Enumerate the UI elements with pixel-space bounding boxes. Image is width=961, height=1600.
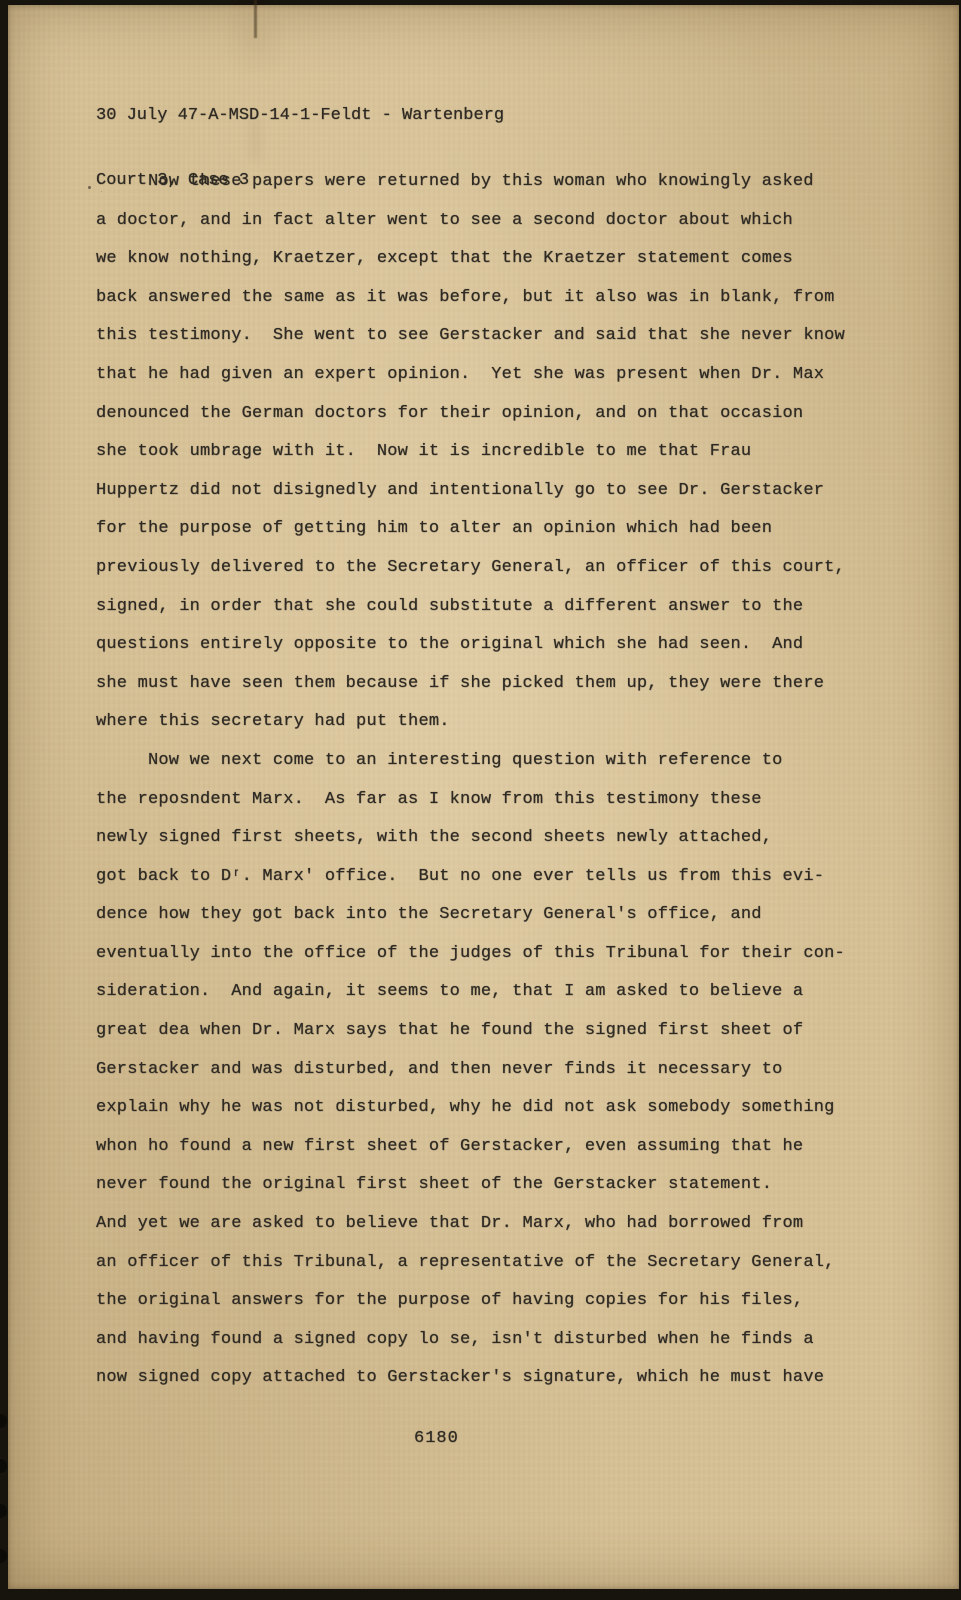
text-line: explain why he was not disturbed, why he… (96, 1089, 886, 1128)
text-line: back answered the same as it was before,… (96, 279, 886, 318)
header-case-reference: 30 July 47-A-MSD-14-1-Feldt - Wartenberg (96, 105, 504, 127)
text-line: that he had given an expert opinion. Yet… (96, 356, 886, 395)
text-line: newly signed first sheets, with the seco… (96, 819, 886, 858)
text-line: this testimony. She went to see Gerstack… (96, 317, 886, 356)
text-line: dence how they got back into the Secreta… (96, 896, 886, 935)
text-line: denounced the German doctors for their o… (96, 395, 886, 434)
paragraph: Now we next come to an interesting quest… (96, 742, 886, 1398)
ink-speck (88, 186, 91, 189)
text-line: now signed copy attached to Gerstacker's… (96, 1359, 886, 1398)
text-line: Now these papers were returned by this w… (96, 163, 886, 202)
text-line: And yet we are asked to believe that Dr.… (96, 1205, 886, 1244)
text-line: she took umbrage with it. Now it is incr… (96, 433, 886, 472)
text-line: an officer of this Tribunal, a represent… (96, 1244, 886, 1283)
text-line: for the purpose of getting him to alter … (96, 510, 886, 549)
text-line: Now we next come to an interesting quest… (96, 742, 886, 781)
text-line: we know nothing, Kraetzer, except that t… (96, 240, 886, 279)
text-line: previously delivered to the Secretary Ge… (96, 549, 886, 588)
text-line: questions entirely opposite to the origi… (96, 626, 886, 665)
typewritten-text-layer: 30 July 47-A-MSD-14-1-Feldt - Wartenberg… (0, 0, 961, 1600)
text-line: where this secretary had put them. (96, 703, 886, 742)
text-line: whon ho found a new first sheet of Gerst… (96, 1128, 886, 1167)
text-line: eventually into the office of the judges… (96, 935, 886, 974)
page-number: 6180 (414, 1428, 459, 1450)
text-line: great dea when Dr. Marx says that he fou… (96, 1012, 886, 1051)
paragraph: Now these papers were returned by this w… (96, 163, 886, 742)
text-line: and having found a signed copy lo se, is… (96, 1321, 886, 1360)
text-line: signed, in order that she could substitu… (96, 588, 886, 627)
text-line: the original answers for the purpose of … (96, 1282, 886, 1321)
text-line: Gerstacker and was disturbed, and then n… (96, 1051, 886, 1090)
text-line: a doctor, and in fact alter went to see … (96, 202, 886, 241)
text-line: sideration. And again, it seems to me, t… (96, 973, 886, 1012)
text-line: the reposndent Marx. As far as I know fr… (96, 781, 886, 820)
text-line: Huppertz did not disignedly and intentio… (96, 472, 886, 511)
text-line: she must have seen them because if she p… (96, 665, 886, 704)
transcript-body: Now these papers were returned by this w… (96, 163, 886, 1398)
text-line: got back to Dʳ. Marx' office. But no one… (96, 858, 886, 897)
text-line: never found the original first sheet of … (96, 1166, 886, 1205)
